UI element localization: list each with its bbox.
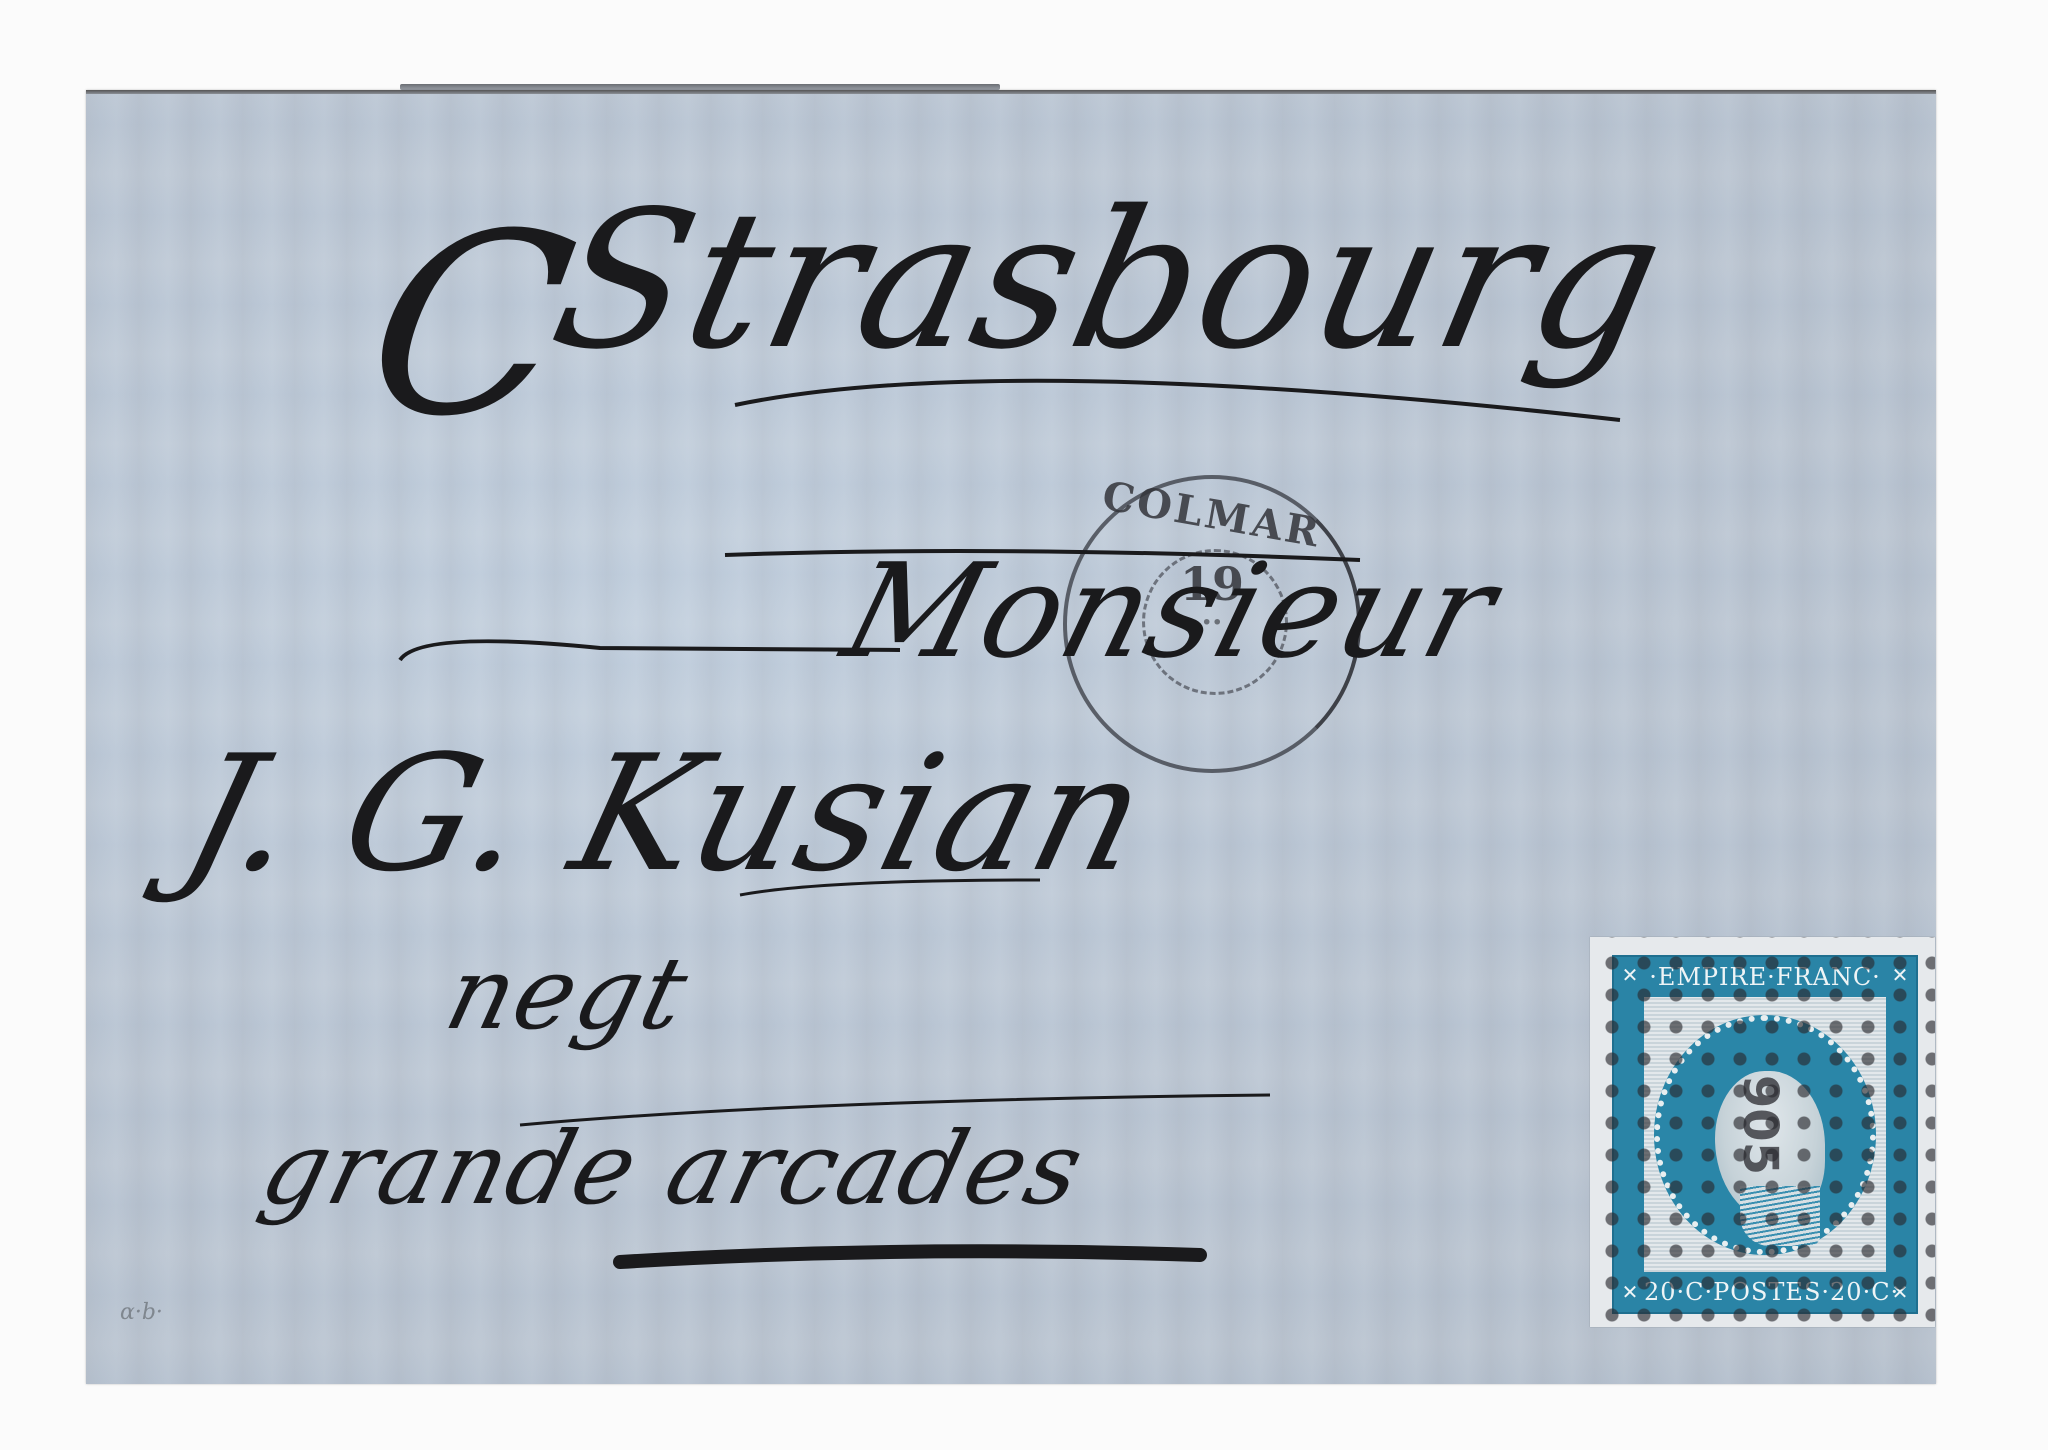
pencil-note: ɑ·b· bbox=[120, 1300, 163, 1325]
address-recipient: J. G. Kusian bbox=[167, 720, 1166, 907]
address-line-5: grande arcades bbox=[250, 1110, 1096, 1227]
cancellation-number: 905 bbox=[1732, 1075, 1788, 1175]
address-city: Strasbourg bbox=[537, 170, 1683, 391]
address-line-4: negt bbox=[435, 935, 700, 1052]
postage-stamp: ✕ ✕ ✕ ✕ ·EMPIRE·FRANC· 20·C·POSTES·20·C·… bbox=[1590, 937, 1935, 1327]
scan-page: C Strasbourg COLMAR 19 ·· Monsieur J. G.… bbox=[0, 0, 2048, 1450]
address-salutation: Monsieur bbox=[830, 535, 1513, 687]
